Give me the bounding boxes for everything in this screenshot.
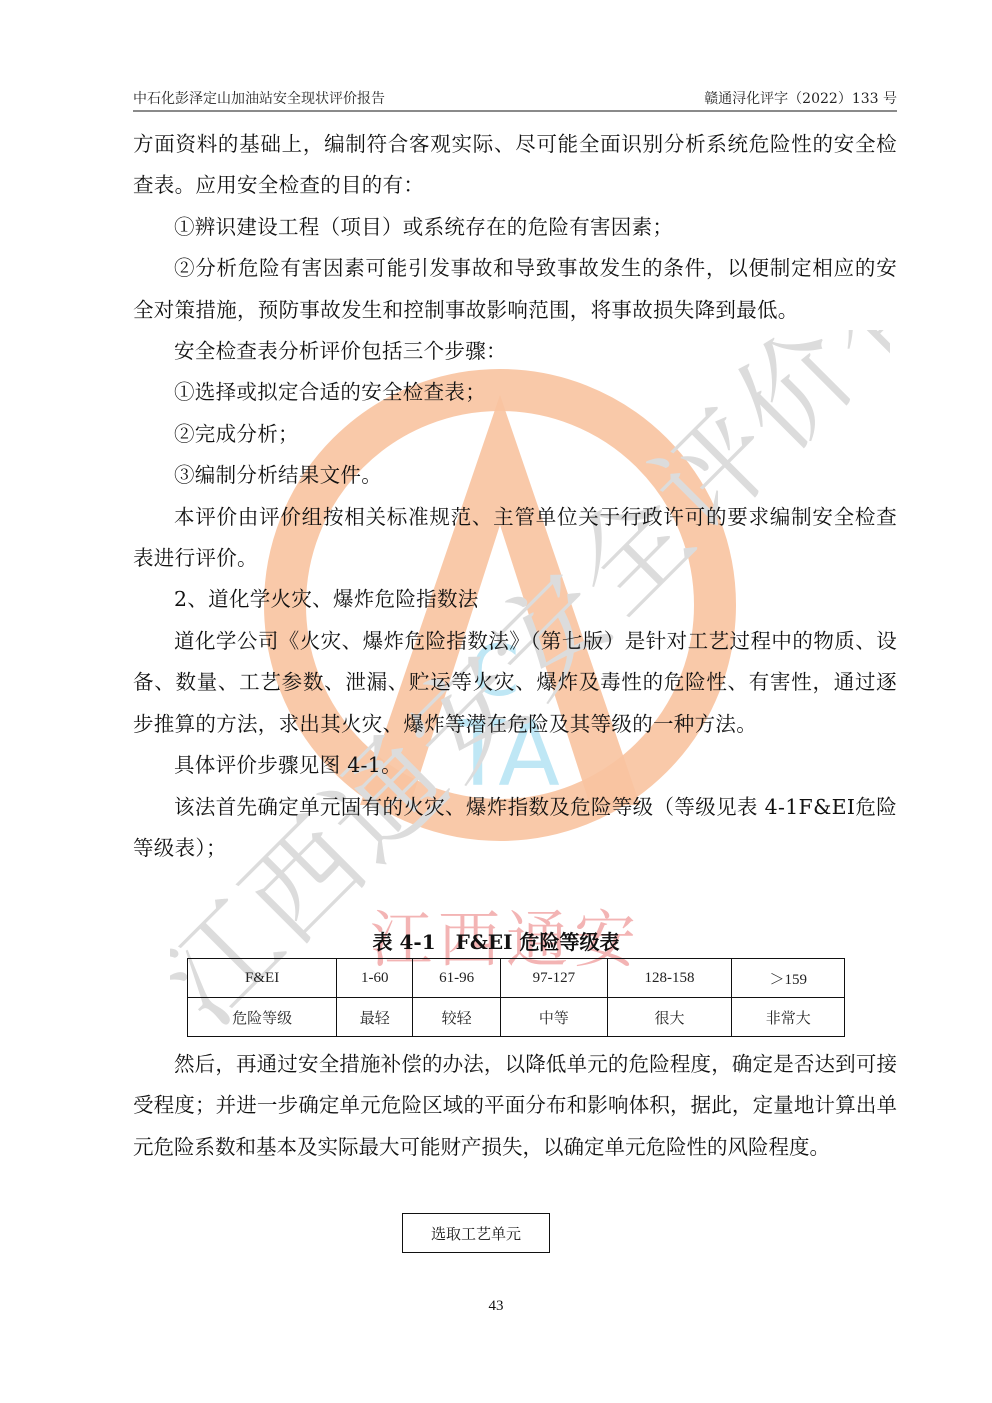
paragraph: 安全检查表分析评价包括三个步骤： xyxy=(133,331,897,372)
table-cell: 最轻 xyxy=(337,998,413,1037)
report-reference-number: 赣通浔化评字（2022）133 号 xyxy=(704,88,897,108)
paragraph: ②分析危险有害因素可能引发事故和导致事故发生的条件，以便制定相应的安全对策措施，… xyxy=(133,248,897,331)
paragraph: 然后，再通过安全措施补偿的办法，以降低单元的危险程度，确定是否达到可接受程度；并… xyxy=(133,1044,897,1168)
table-caption: 表 4-1 F&EI 危险等级表 xyxy=(0,926,992,955)
fei-hazard-level-table: F&EI 1-60 61-96 97-127 128-158 ＞159 危险等级… xyxy=(187,958,845,1037)
table-cell: 1-60 xyxy=(337,959,413,998)
table-cell: 很大 xyxy=(607,998,732,1037)
paragraph: 道化学公司《火灾、爆炸危险指数法》（第七版）是针对工艺过程中的物质、设备、数量、… xyxy=(133,621,897,745)
table-cell: 非常大 xyxy=(732,998,845,1037)
table-cell: 中等 xyxy=(501,998,607,1037)
paragraph: 该法首先确定单元固有的火灾、爆炸指数及危险等级（等级见表 4-1F&EI危险等级… xyxy=(133,787,897,870)
table-row: F&EI 1-60 61-96 97-127 128-158 ＞159 xyxy=(188,959,845,998)
table-cell: ＞159 xyxy=(732,959,845,998)
table-cell: 128-158 xyxy=(607,959,732,998)
paragraph: 方面资料的基础上，编制符合客观实际、尽可能全面识别分析系统危险性的安全检查表。应… xyxy=(133,124,897,207)
paragraph: ②完成分析； xyxy=(133,414,897,455)
table-cell: 危险等级 xyxy=(188,998,337,1037)
paragraph: 本评价由评价组按相关标准规范、主管单位关于行政许可的要求编制安全检查表进行评价。 xyxy=(133,497,897,580)
report-title: 中石化彭泽定山加油站安全现状评价报告 xyxy=(133,88,385,108)
paragraph: ①选择或拟定合适的安全检查表； xyxy=(133,372,897,413)
body-text: 方面资料的基础上，编制符合客观实际、尽可能全面识别分析系统危险性的安全检查表。应… xyxy=(133,124,897,869)
table-cell: 97-127 xyxy=(501,959,607,998)
paragraph: ①辨识建设工程（项目）或系统存在的危险有害因素； xyxy=(133,207,897,248)
table-cell: 61-96 xyxy=(413,959,501,998)
page-number: 43 xyxy=(0,1298,992,1315)
table-cell: F&EI xyxy=(188,959,337,998)
paragraph: ③编制分析结果文件。 xyxy=(133,455,897,496)
flowchart-box-select-process-unit: 选取工艺单元 xyxy=(402,1213,550,1253)
table-cell: 较轻 xyxy=(413,998,501,1037)
body-text-after-table: 然后，再通过安全措施补偿的办法，以降低单元的危险程度，确定是否达到可接受程度；并… xyxy=(133,1044,897,1168)
paragraph: 具体评价步骤见图 4-1。 xyxy=(133,745,897,786)
table-row: 危险等级 最轻 较轻 中等 很大 非常大 xyxy=(188,998,845,1037)
section-heading: 2、道化学火灾、爆炸危险指数法 xyxy=(133,579,897,620)
page-header: 中石化彭泽定山加油站安全现状评价报告 赣通浔化评字（2022）133 号 xyxy=(133,86,897,112)
